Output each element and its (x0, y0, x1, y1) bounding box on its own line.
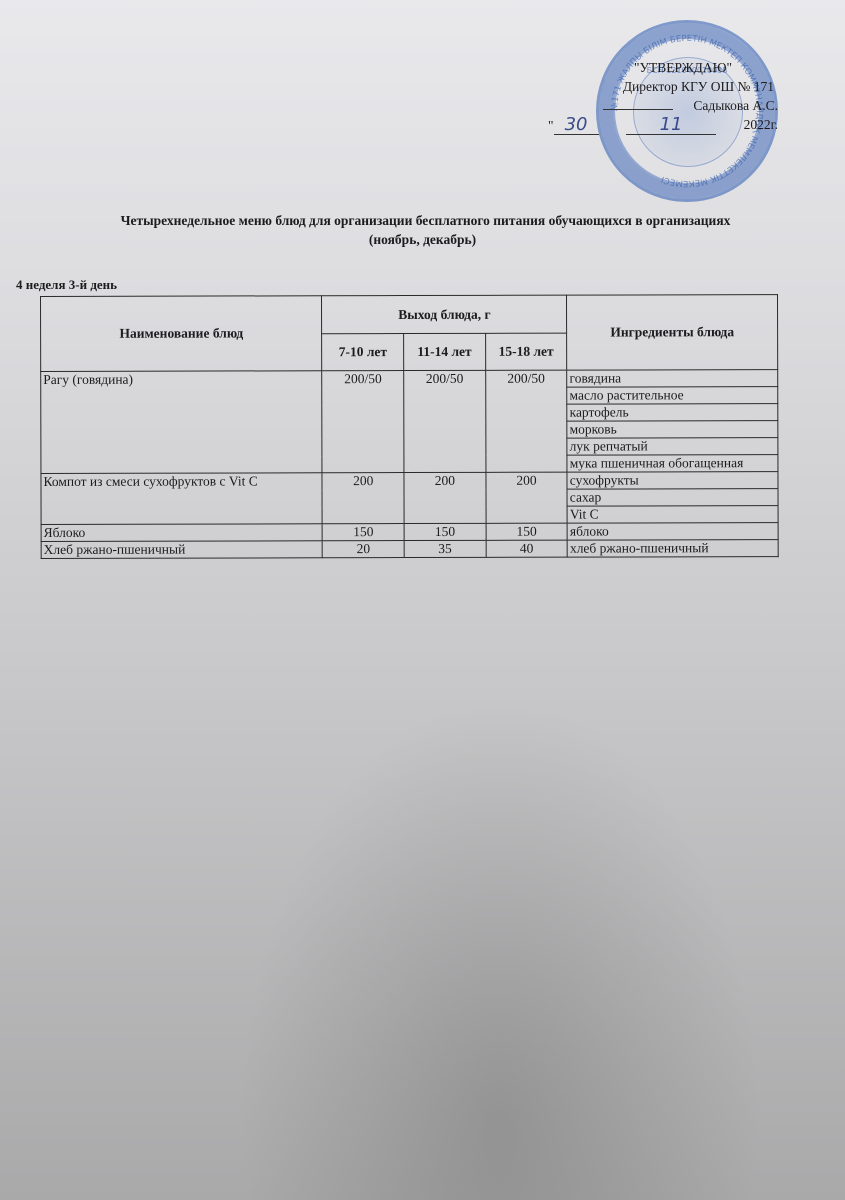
table-row: Яблоко150150150яблоко (41, 523, 778, 542)
signature-line (603, 109, 673, 110)
approval-heading: "УТВЕРЖДАЮ" (548, 58, 778, 77)
title-line-1: Четырехнедельное меню блюд для организац… (0, 211, 845, 230)
dish-name: Компот из смеси сухофруктов с Vit C (41, 473, 323, 525)
table-row: Рагу (говядина)200/50200/50200/50говядин… (41, 370, 778, 389)
menu-table: Наименование блюд Выход блюда, г Ингреди… (40, 294, 779, 559)
dish-yield: 20 (323, 541, 405, 558)
date-year: 2022г. (744, 115, 778, 135)
dish-yield: 200 (322, 473, 404, 524)
title-line-2: (ноябрь, декабрь) (0, 230, 845, 249)
ingredient: Vit C (567, 506, 778, 524)
ingredient: хлеб ржано-пшеничный (567, 540, 778, 558)
header-dish-name: Наименование блюд (41, 296, 323, 372)
header-age-11-14: 11-14 лет (404, 333, 486, 370)
dish-yield: 200/50 (322, 371, 404, 473)
date-month: 11 (626, 115, 716, 135)
ingredient: сухофрукты (567, 472, 778, 490)
ingredient: лук репчатый (567, 438, 778, 456)
table-row: Хлеб ржано-пшеничный203540хлеб ржано-пше… (41, 540, 778, 559)
ingredient: морковь (567, 421, 778, 439)
dish-yield: 150 (486, 523, 568, 540)
dish-yield: 200 (404, 472, 486, 523)
dish-name: Хлеб ржано-пшеничный (41, 541, 322, 559)
approval-block: "УТВЕРЖДАЮ" Директор КГУ ОШ № 171 Садыко… (548, 58, 778, 135)
ingredient: сахар (567, 489, 778, 507)
dish-yield: 150 (323, 524, 405, 541)
dish-name: Яблоко (41, 524, 322, 542)
day-label: 4 неделя 3-й день (16, 277, 117, 293)
approval-name: Садыкова А.С. (693, 98, 778, 113)
header-age-15-18: 15-18 лет (485, 333, 567, 370)
date-day: 30 (554, 115, 599, 135)
header-ingredients: Ингредиенты блюда (567, 295, 778, 371)
approval-signature-line: Садыкова А.С. (548, 96, 778, 115)
header-age-7-10: 7-10 лет (322, 334, 404, 371)
approval-date: "30 11 2022г. (548, 115, 778, 135)
dish-name: Рагу (говядина) (41, 371, 323, 474)
header-yield: Выход блюда, г (322, 295, 567, 334)
document-title: Четырехнедельное меню блюд для организац… (0, 211, 845, 249)
ingredient: масло растительное (567, 387, 778, 405)
dish-yield: 150 (404, 523, 486, 540)
ingredient: картофель (567, 404, 778, 422)
dish-yield: 35 (404, 540, 486, 557)
ingredient: яблоко (567, 523, 778, 541)
table-row: Компот из смеси сухофруктов с Vit C20020… (41, 472, 778, 491)
ingredient: мука пшеничная обогащенная (567, 455, 778, 473)
dish-yield: 200/50 (404, 370, 486, 472)
dish-yield: 40 (486, 540, 568, 557)
approval-position: Директор КГУ ОШ № 171 (548, 77, 778, 96)
dish-yield: 200/50 (485, 370, 567, 472)
dish-yield: 200 (486, 472, 568, 523)
ingredient: говядина (567, 370, 778, 388)
